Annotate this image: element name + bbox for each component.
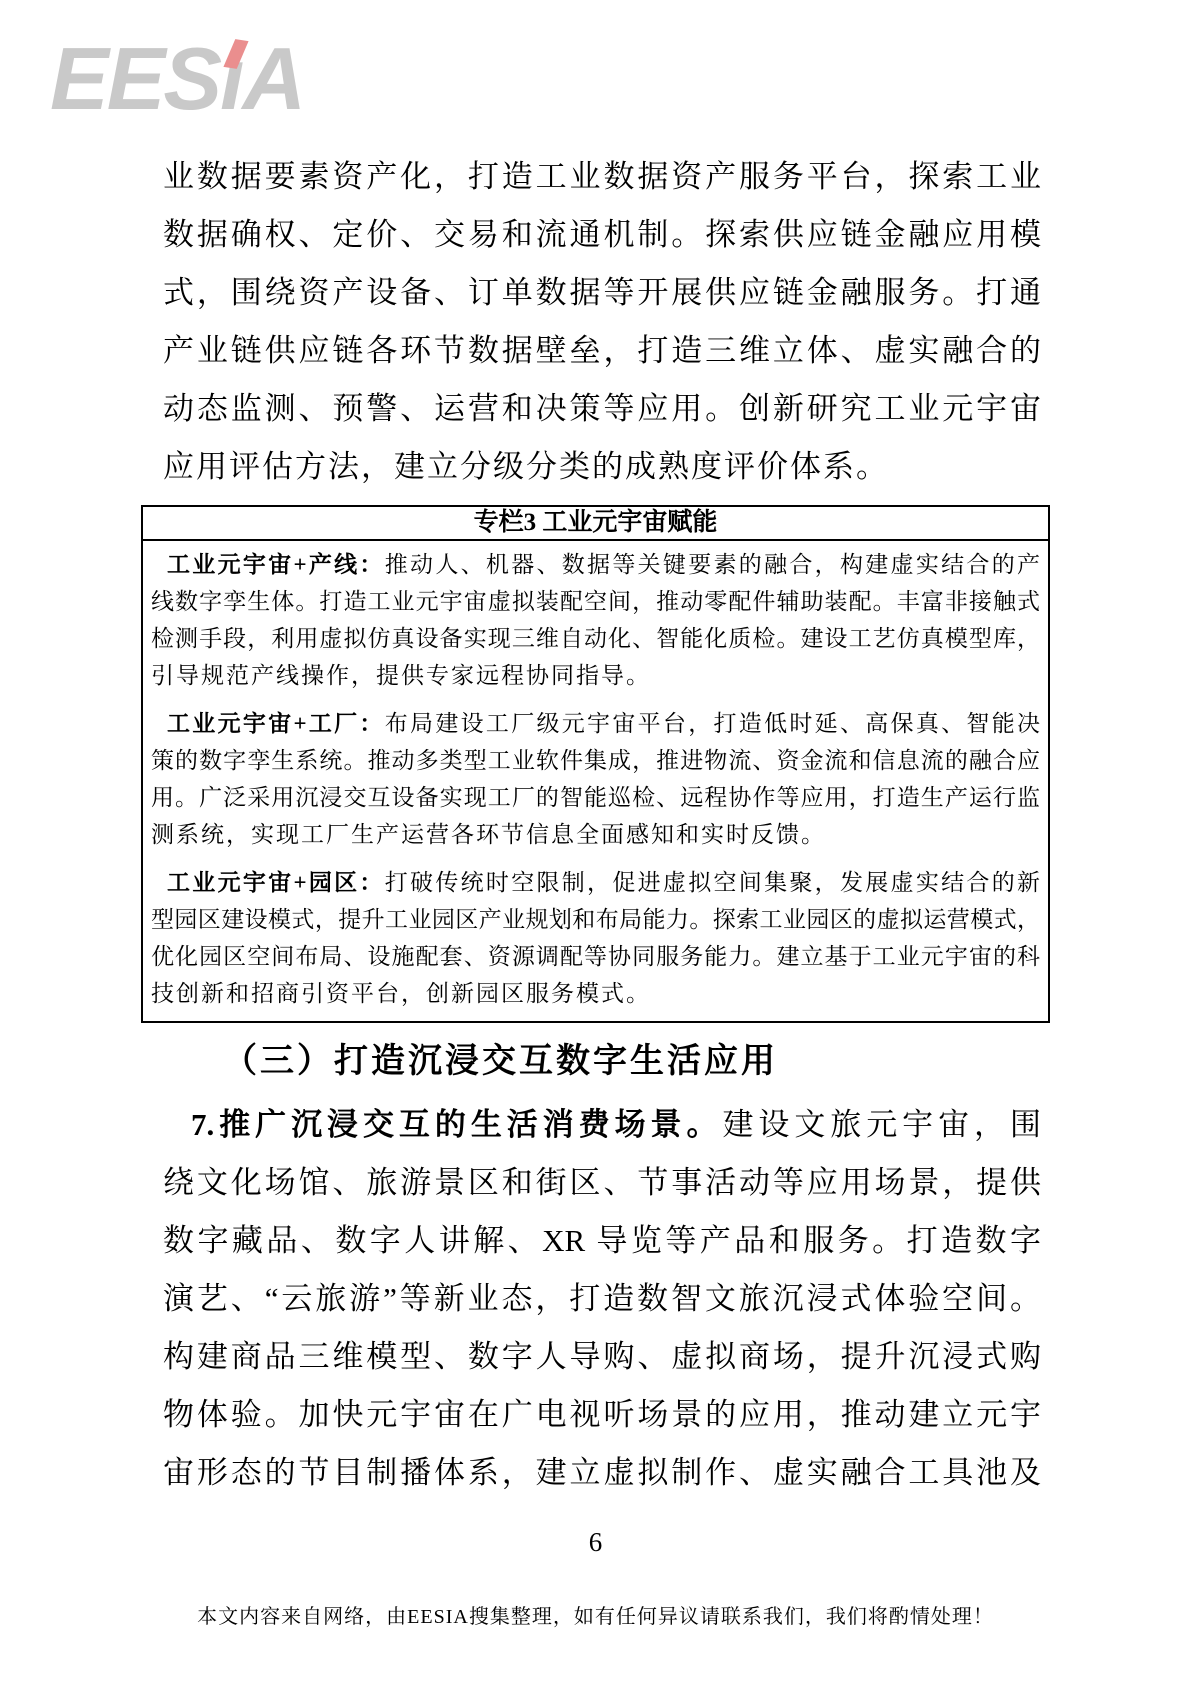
text-line: 工业元宇宙+园区：打破传统时空限制，促进虚拟空间集聚，发展虚实结合的新 — [151, 864, 1040, 901]
text-line: 式，围绕资产设备、订单数据等开展供应链金融服务。打通 — [163, 264, 1041, 322]
callout-box-industry-metaverse: 专栏3 工业元宇宙赋能 工业元宇宙+产线：推动人、机器、数据等关键要素的融合，构… — [141, 505, 1050, 1023]
eesia-logo: EESıA — [50, 34, 304, 124]
body-paragraph-7: 7.推广沉浸交互的生活消费场景。建设文旅元宇宙，围绕文化场馆、旅游景区和街区、节… — [163, 1096, 1041, 1502]
text-line: 构建商品三维模型、数字人导购、虚拟商场，提升沉浸式购 — [163, 1328, 1041, 1386]
callout-box-paragraph: 工业元宇宙+园区：打破传统时空限制，促进虚拟空间集聚，发展虚实结合的新型园区建设… — [151, 864, 1040, 1012]
logo-letter-i: ı — [220, 34, 242, 124]
callout-box-paragraph: 工业元宇宙+工厂：布局建设工厂级元宇宙平台，打造低时延、高保真、智能决策的数字孪… — [151, 705, 1040, 853]
text-line: 宙形态的节目制播体系，建立虚拟制作、虚实融合工具池及 — [163, 1444, 1041, 1502]
text-line: 演艺、“云旅游”等新业态，打造数智文旅沉浸式体验空间。 — [163, 1270, 1041, 1328]
page-number: 6 — [0, 1527, 1191, 1558]
callout-box-body: 工业元宇宙+产线：推动人、机器、数据等关键要素的融合，构建虚实结合的产线数字孪生… — [143, 541, 1048, 1021]
callout-box-title: 专栏3 工业元宇宙赋能 — [143, 507, 1048, 541]
text-line: 动态监测、预警、运营和决策等应用。创新研究工业元宇宙 — [163, 380, 1041, 438]
section-heading: （三）打造沉浸交互数字生活应用 — [163, 1040, 1041, 1084]
logo-letters-pre: EES — [50, 29, 220, 128]
text-line: 数字藏品、数字人讲解、XR 导览等产品和服务。打造数字 — [163, 1212, 1041, 1270]
text-line: 策的数字孪生系统。推动多类型工业软件集成，推进物流、资金流和信息流的融合应 — [151, 742, 1040, 779]
callout-box-paragraph: 工业元宇宙+产线：推动人、机器、数据等关键要素的融合，构建虚实结合的产线数字孪生… — [151, 546, 1040, 694]
footer-disclaimer: 本文内容来自网络，由EESIA搜集整理，如有任何异议请联系我们，我们将酌情处理！ — [0, 1600, 1191, 1629]
text-line: 绕文化场馆、旅游景区和街区、节事活动等应用场景，提供 — [163, 1154, 1041, 1212]
logo-letters-post: A — [243, 29, 305, 128]
text-line: 7.推广沉浸交互的生活消费场景。建设文旅元宇宙，围 — [163, 1096, 1041, 1154]
text-line: 物体验。加快元宇宙在广电视听场景的应用，推动建立元宇 — [163, 1386, 1041, 1444]
text-line: 业数据要素资产化，打造工业数据资产服务平台，探索工业 — [163, 148, 1041, 206]
text-line: 优化园区空间布局、设施配套、资源调配等协同服务能力。建立基于工业元宇宙的科 — [151, 938, 1040, 975]
text-line: 数据确权、定价、交易和流通机制。探索供应链金融应用模 — [163, 206, 1041, 264]
text-line: 引导规范产线操作，提供专家远程协同指导。 — [151, 657, 1040, 694]
document-page: EESıA 业数据要素资产化，打造工业数据资产服务平台，探索工业数据确权、定价、… — [0, 0, 1191, 1684]
text-line: 工业元宇宙+工厂：布局建设工厂级元宇宙平台，打造低时延、高保真、智能决 — [151, 705, 1040, 742]
text-line: 检测手段，利用虚拟仿真设备实现三维自动化、智能化质检。建设工艺仿真模型库， — [151, 620, 1040, 657]
text-line: 工业元宇宙+产线：推动人、机器、数据等关键要素的融合，构建虚实结合的产 — [151, 546, 1040, 583]
text-line: 用。广泛采用沉浸交互设备实现工厂的智能巡检、远程协作等应用，打造生产运行监 — [151, 779, 1040, 816]
body-paragraph-continuation: 业数据要素资产化，打造工业数据资产服务平台，探索工业数据确权、定价、交易和流通机… — [163, 148, 1041, 496]
text-line: 线数字孪生体。打造工业元宇宙虚拟装配空间，推动零配件辅助装配。丰富非接触式 — [151, 583, 1040, 620]
text-line: 技创新和招商引资平台，创新园区服务模式。 — [151, 975, 1040, 1012]
text-line: 测系统，实现工厂生产运营各环节信息全面感知和实时反馈。 — [151, 816, 1040, 853]
text-line: 型园区建设模式，提升工业园区产业规划和布局能力。探索工业园区的虚拟运营模式， — [151, 901, 1040, 938]
text-line: 产业链供应链各环节数据壁垒，打造三维立体、虚实融合的 — [163, 322, 1041, 380]
text-line: 应用评估方法，建立分级分类的成熟度评价体系。 — [163, 438, 1041, 496]
